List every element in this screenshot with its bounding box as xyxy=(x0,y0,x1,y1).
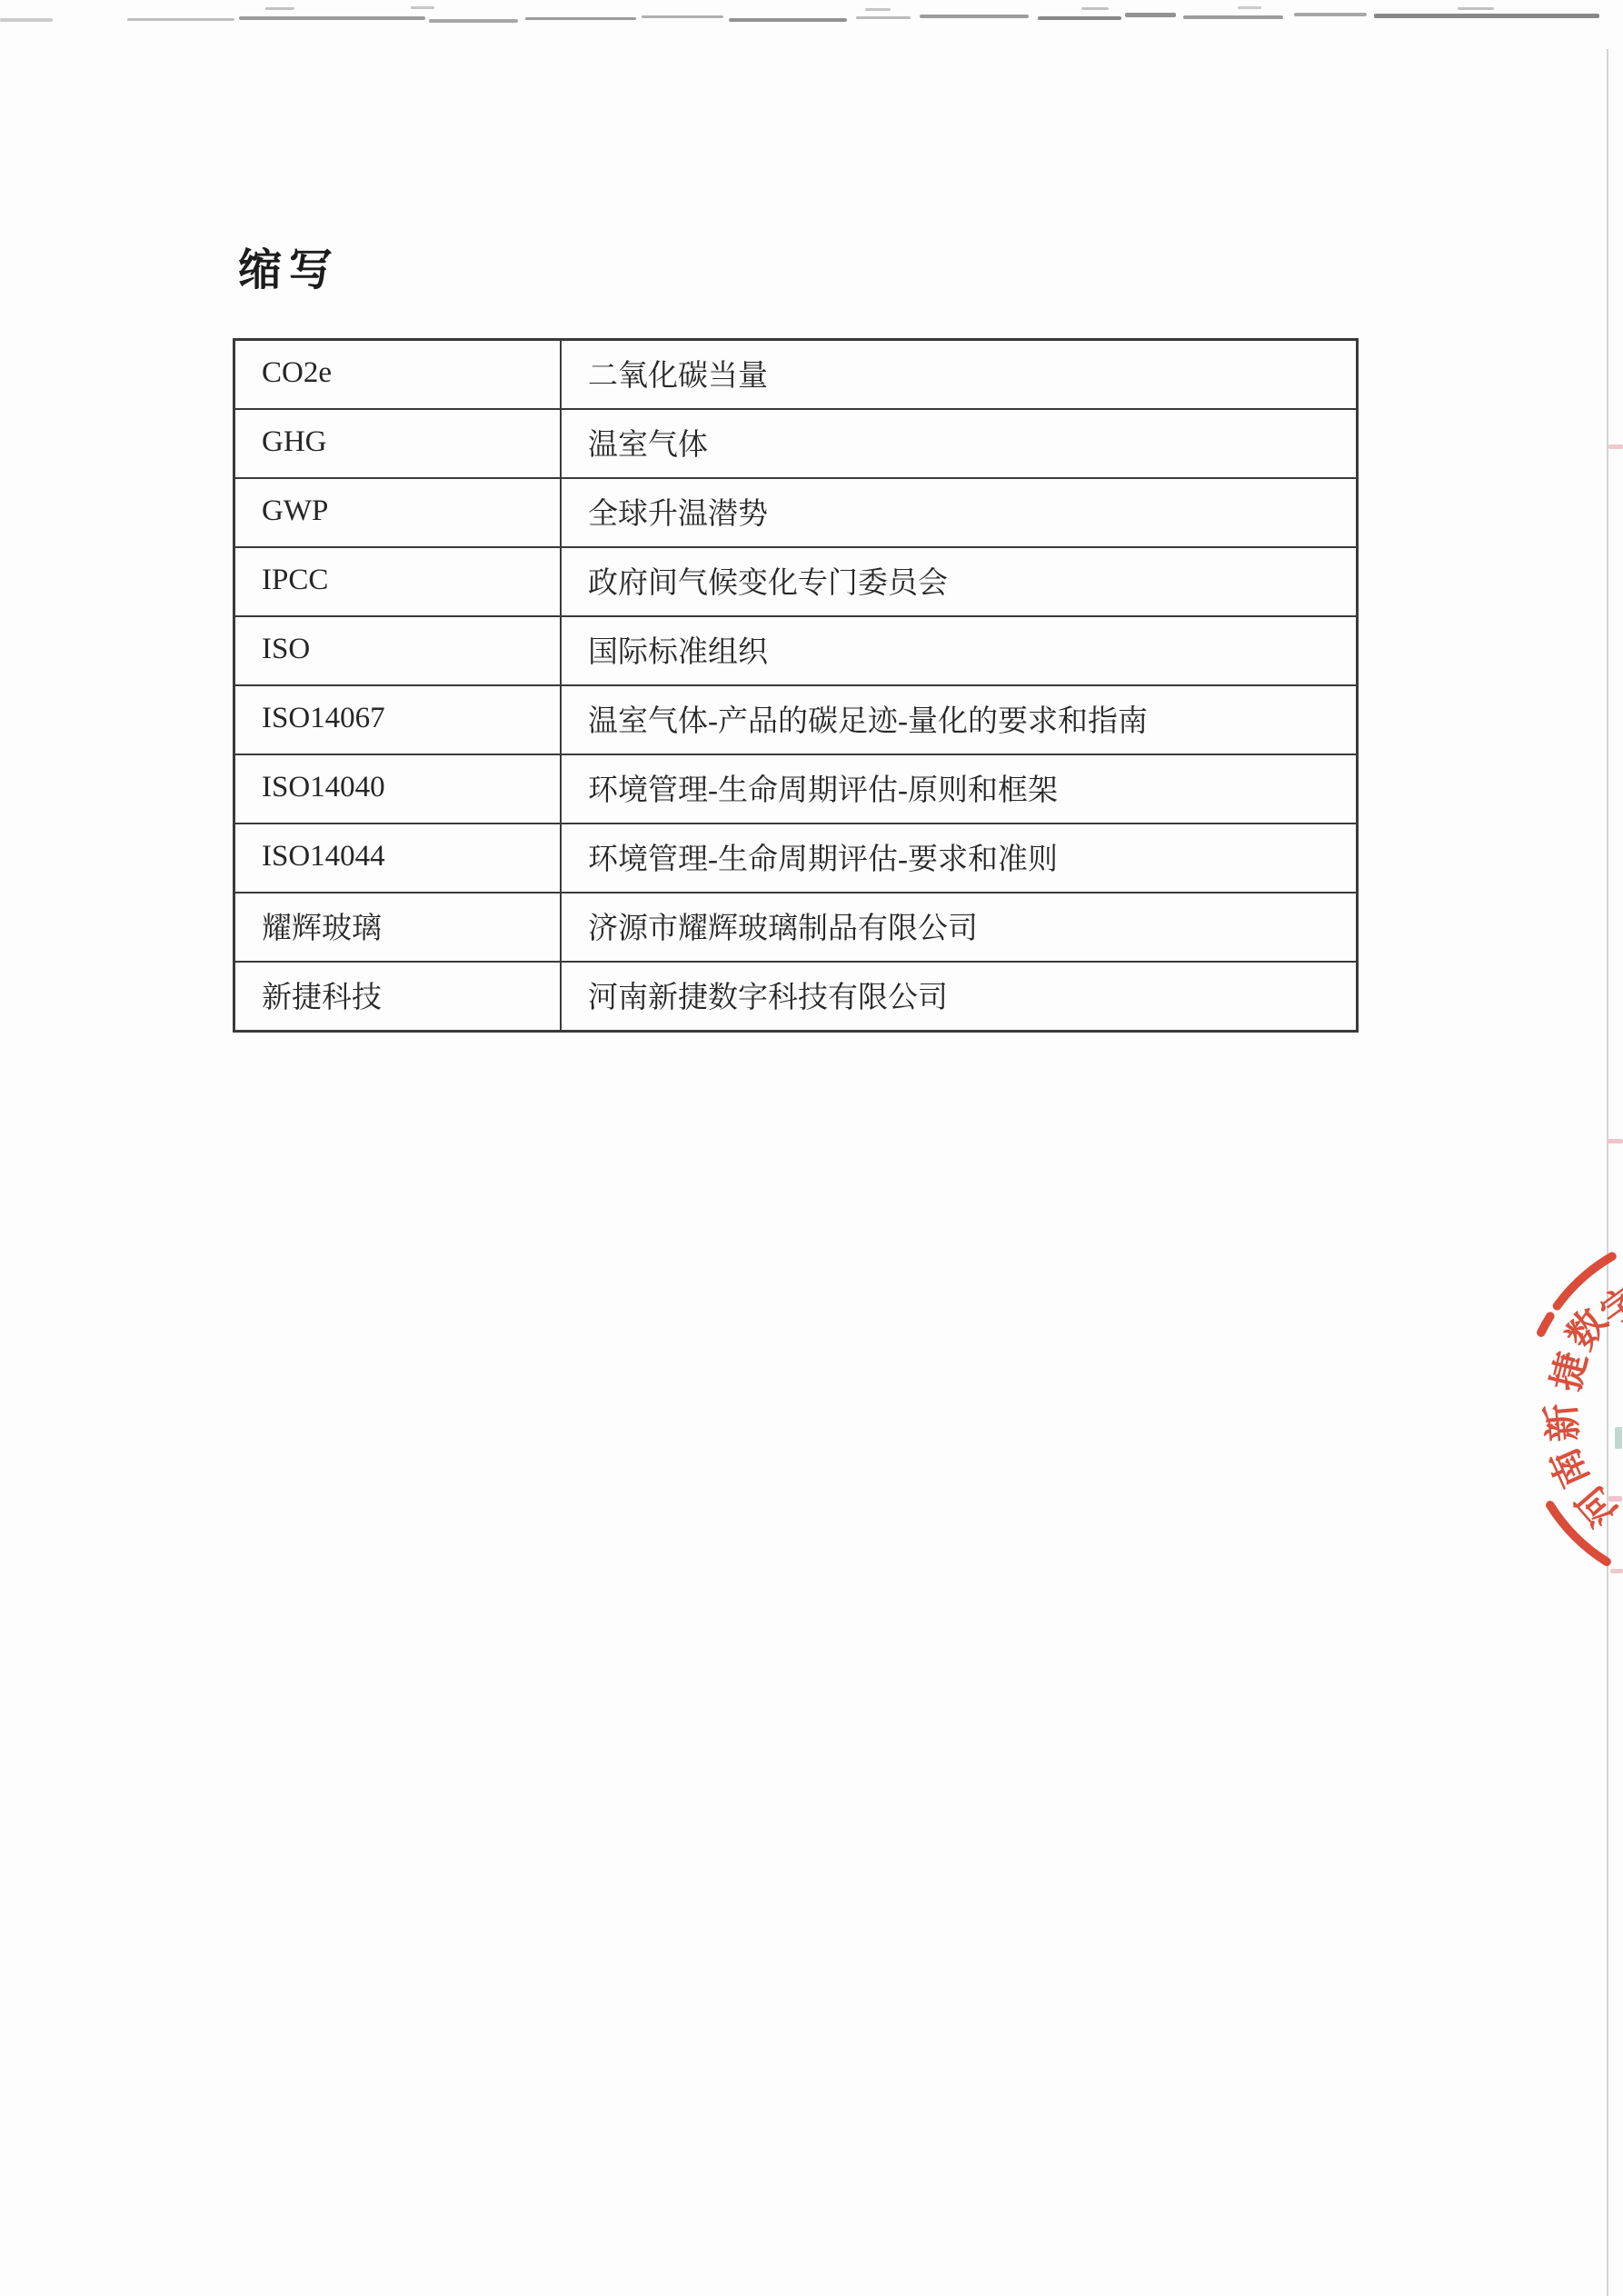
scan-dash xyxy=(1038,16,1121,20)
scan-dash xyxy=(642,15,723,18)
meaning-cell: 济源市耀辉玻璃制品有限公司 xyxy=(561,893,1358,962)
abbreviations-table: CO2e 二氧化碳当量 GHG 温室气体 GWP 全球升温潜势 IPCC 政府间… xyxy=(233,338,1359,1033)
scan-dash xyxy=(1294,13,1367,16)
scan-edge-line xyxy=(1607,49,1608,2296)
scan-dash xyxy=(411,6,434,9)
table-row: ISO14040 环境管理-生命周期评估-原则和框架 xyxy=(234,754,1358,824)
scan-dash xyxy=(429,19,518,23)
company-seal-stamp: 字 数 捷 新 南 河 xyxy=(1490,1218,1623,1582)
scan-dash xyxy=(1238,6,1261,9)
scan-dash xyxy=(0,18,53,22)
scan-dash xyxy=(239,16,425,20)
table-row: 新捷科技 河南新捷数字科技有限公司 xyxy=(234,962,1358,1032)
table-row: ISO14044 环境管理-生命周期评估-要求和准则 xyxy=(234,824,1358,893)
table-row: CO2e 二氧化碳当量 xyxy=(234,340,1358,410)
meaning-cell: 河南新捷数字科技有限公司 xyxy=(561,962,1358,1032)
meaning-cell: 国际标准组织 xyxy=(561,616,1358,685)
table-row: GWP 全球升温潜势 xyxy=(234,478,1358,547)
table-row: ISO 国际标准组织 xyxy=(234,616,1358,685)
abbr-cell: ISO xyxy=(234,616,562,685)
table-row: ISO14067 温室气体-产品的碳足迹-量化的要求和指南 xyxy=(234,685,1358,754)
abbr-cell: ISO14067 xyxy=(234,685,562,754)
meaning-cell: 政府间气候变化专门委员会 xyxy=(561,547,1358,616)
scan-dash xyxy=(865,8,891,11)
stamp-char: 南 xyxy=(1543,1442,1598,1493)
abbr-cell: GWP xyxy=(234,478,562,547)
stamp-char: 捷 xyxy=(1545,1348,1596,1395)
abbr-cell: ISO14040 xyxy=(234,754,562,824)
abbr-cell: 新捷科技 xyxy=(234,962,562,1032)
scan-dash xyxy=(1125,13,1176,17)
scan-dash xyxy=(729,18,847,22)
abbr-cell: 耀辉玻璃 xyxy=(234,893,562,962)
meaning-cell: 二氧化碳当量 xyxy=(561,340,1358,410)
page-title: 缩写 xyxy=(238,247,340,295)
edge-bleed-mark xyxy=(1607,1139,1623,1143)
scan-dash xyxy=(1183,15,1283,19)
edge-bleed-mark xyxy=(1608,444,1623,449)
table-row: 耀辉玻璃 济源市耀辉玻璃制品有限公司 xyxy=(234,893,1358,962)
scan-dash xyxy=(265,7,294,10)
stamp-char: 新 xyxy=(1540,1402,1586,1443)
meaning-cell: 温室气体-产品的碳足迹-量化的要求和指南 xyxy=(561,685,1358,754)
abbr-cell: ISO14044 xyxy=(234,824,562,893)
scan-dash xyxy=(127,18,234,21)
scanned-document-page: 缩写 CO2e 二氧化碳当量 GHG 温室气体 GWP 全球升温潜势 IPCC … xyxy=(0,0,1623,2296)
meaning-cell: 环境管理-生命周期评估-原则和框架 xyxy=(561,754,1358,824)
scan-dash xyxy=(920,15,1029,18)
abbr-cell: GHG xyxy=(234,409,562,478)
table-row: GHG 温室气体 xyxy=(234,409,1358,478)
scan-dash xyxy=(856,16,911,19)
scan-dash xyxy=(525,17,636,20)
table-row: IPCC 政府间气候变化专门委员会 xyxy=(234,547,1358,616)
meaning-cell: 全球升温潜势 xyxy=(561,478,1358,547)
scan-dash xyxy=(1374,14,1599,18)
scan-dash xyxy=(1458,7,1494,10)
abbr-cell: CO2e xyxy=(234,340,562,410)
abbr-cell: IPCC xyxy=(234,547,562,616)
meaning-cell: 环境管理-生命周期评估-要求和准则 xyxy=(561,824,1358,893)
scan-dash xyxy=(1081,7,1109,10)
meaning-cell: 温室气体 xyxy=(561,409,1358,478)
